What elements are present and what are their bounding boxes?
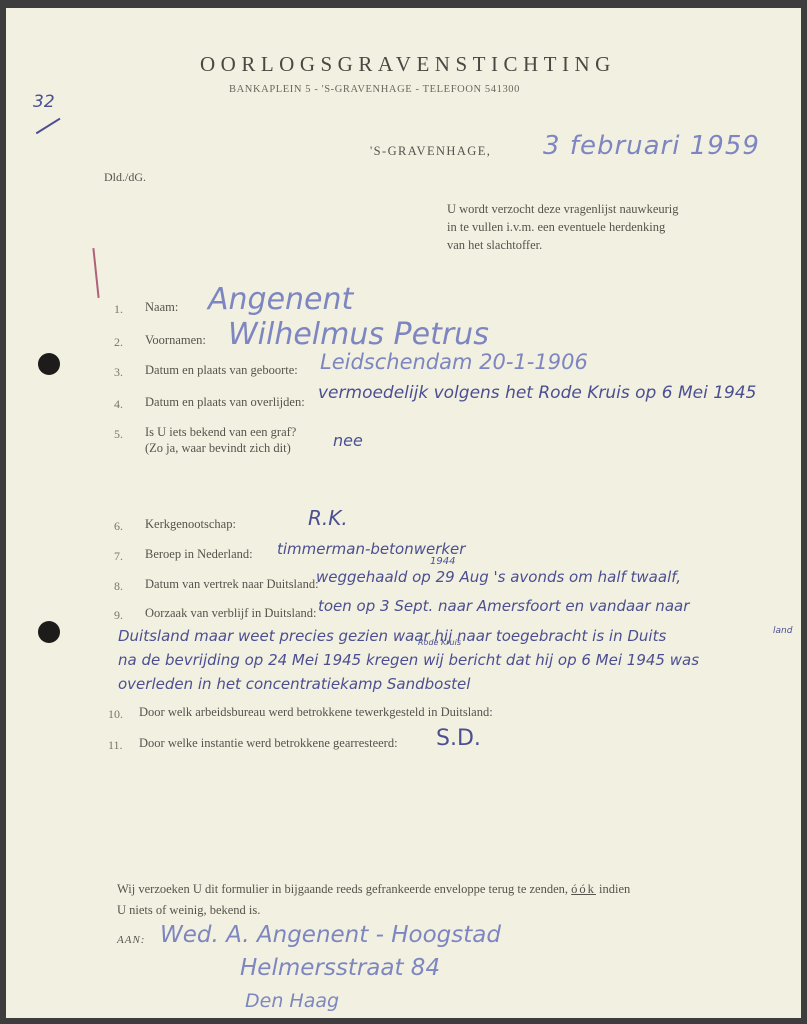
question-label: Voornamen:: [145, 333, 206, 348]
margin-note-number: 32: [33, 92, 55, 112]
question-number: 4.: [114, 397, 123, 412]
answer-reason-line: Duitsland maar weet precies gezien waar …: [118, 627, 666, 645]
answer-grave: nee: [333, 431, 363, 450]
aan-label: AAN:: [117, 934, 145, 946]
letterhead-title: OORLOGSGRAVENSTICHTING: [200, 52, 616, 77]
punch-hole: [38, 353, 60, 375]
address-line: Wed. A. Angenent - Hoogstad: [160, 922, 501, 948]
instruction-line: in te vullen i.v.m. een eventuele herden…: [447, 218, 679, 236]
address-line: Helmersstraat 84: [240, 955, 440, 981]
question-label: Datum en plaats van geboorte:: [145, 363, 298, 378]
answer-departure-year: 1944: [430, 556, 455, 567]
question-label: Beroep in Nederland:: [145, 547, 253, 562]
question-label: Naam:: [145, 300, 178, 315]
question-number: 7.: [114, 549, 123, 564]
instruction-line: van het slachtoffer.: [447, 236, 679, 254]
question-label: Door welke instantie werd betrokkene gea…: [139, 736, 398, 751]
footer-text-line1: Wij verzoeken U dit formulier in bijgaan…: [117, 882, 630, 897]
question-number: 10.: [108, 707, 123, 722]
question-number: 3.: [114, 365, 123, 380]
question-number: 2.: [114, 335, 123, 350]
answer-first-names: Wilhelmus Petrus: [228, 317, 489, 352]
letterhead-address: BANKAPLEIN 5 - 'S-GRAVENHAGE - TELEFOON …: [229, 84, 520, 95]
punch-hole: [38, 621, 60, 643]
answer-departure: weggehaald op 29 Aug 's avonds om half t…: [316, 568, 681, 586]
handwritten-date: 3 februari 1959: [543, 131, 760, 161]
answer-reason: toen op 3 Sept. naar Amersfoort en vanda…: [318, 597, 689, 615]
question-label: Is U iets bekend van een graf?: [145, 425, 296, 440]
answer-religion: R.K.: [308, 506, 348, 530]
answer-arrested-by: S.D.: [436, 726, 481, 751]
instruction-line: U wordt verzocht deze vragenlijst nauwke…: [447, 200, 679, 218]
question-number: 11.: [108, 738, 123, 753]
question-number: 5.: [114, 427, 123, 442]
answer-reason-line: na de bevrijding op 24 Mei 1945 kregen w…: [118, 651, 699, 669]
place-label: 'S-GRAVENHAGE,: [370, 144, 491, 159]
footer-emphasis: óók: [571, 882, 596, 896]
question-number: 6.: [114, 519, 123, 534]
answer-reason-insert: land: [773, 626, 792, 636]
address-line: Den Haag: [245, 990, 339, 1012]
answer-name: Angenent: [208, 282, 353, 317]
footer-text: Wij verzoeken U dit formulier in bijgaan…: [117, 882, 571, 896]
question-number: 9.: [114, 608, 123, 623]
question-number: 1.: [114, 302, 123, 317]
question-label: Kerkgenootschap:: [145, 517, 236, 532]
answer-death: vermoedelijk volgens het Rode Kruis op 6…: [318, 383, 756, 403]
answer-reason-insert: Rode Kruis: [418, 638, 461, 647]
question-label-sub: (Zo ja, waar bevindt zich dit): [145, 441, 291, 456]
instruction-block: U wordt verzocht deze vragenlijst nauwke…: [447, 200, 679, 254]
answer-birth: Leidschendam 20-1-1906: [320, 350, 588, 374]
question-label: Door welk arbeidsbureau werd betrokkene …: [139, 705, 493, 720]
question-label: Datum van vertrek naar Duitsland:: [145, 577, 319, 592]
reference-code: Dld./dG.: [104, 170, 146, 185]
question-label: Datum en plaats van overlijden:: [145, 395, 305, 410]
answer-reason-line: overleden in het concentratiekamp Sandbo…: [118, 675, 470, 693]
footer-text-line2: U niets of weinig, bekend is.: [117, 903, 260, 918]
question-number: 8.: [114, 579, 123, 594]
question-label: Oorzaak van verblijf in Duitsland:: [145, 606, 316, 621]
footer-text: indien: [596, 882, 630, 896]
